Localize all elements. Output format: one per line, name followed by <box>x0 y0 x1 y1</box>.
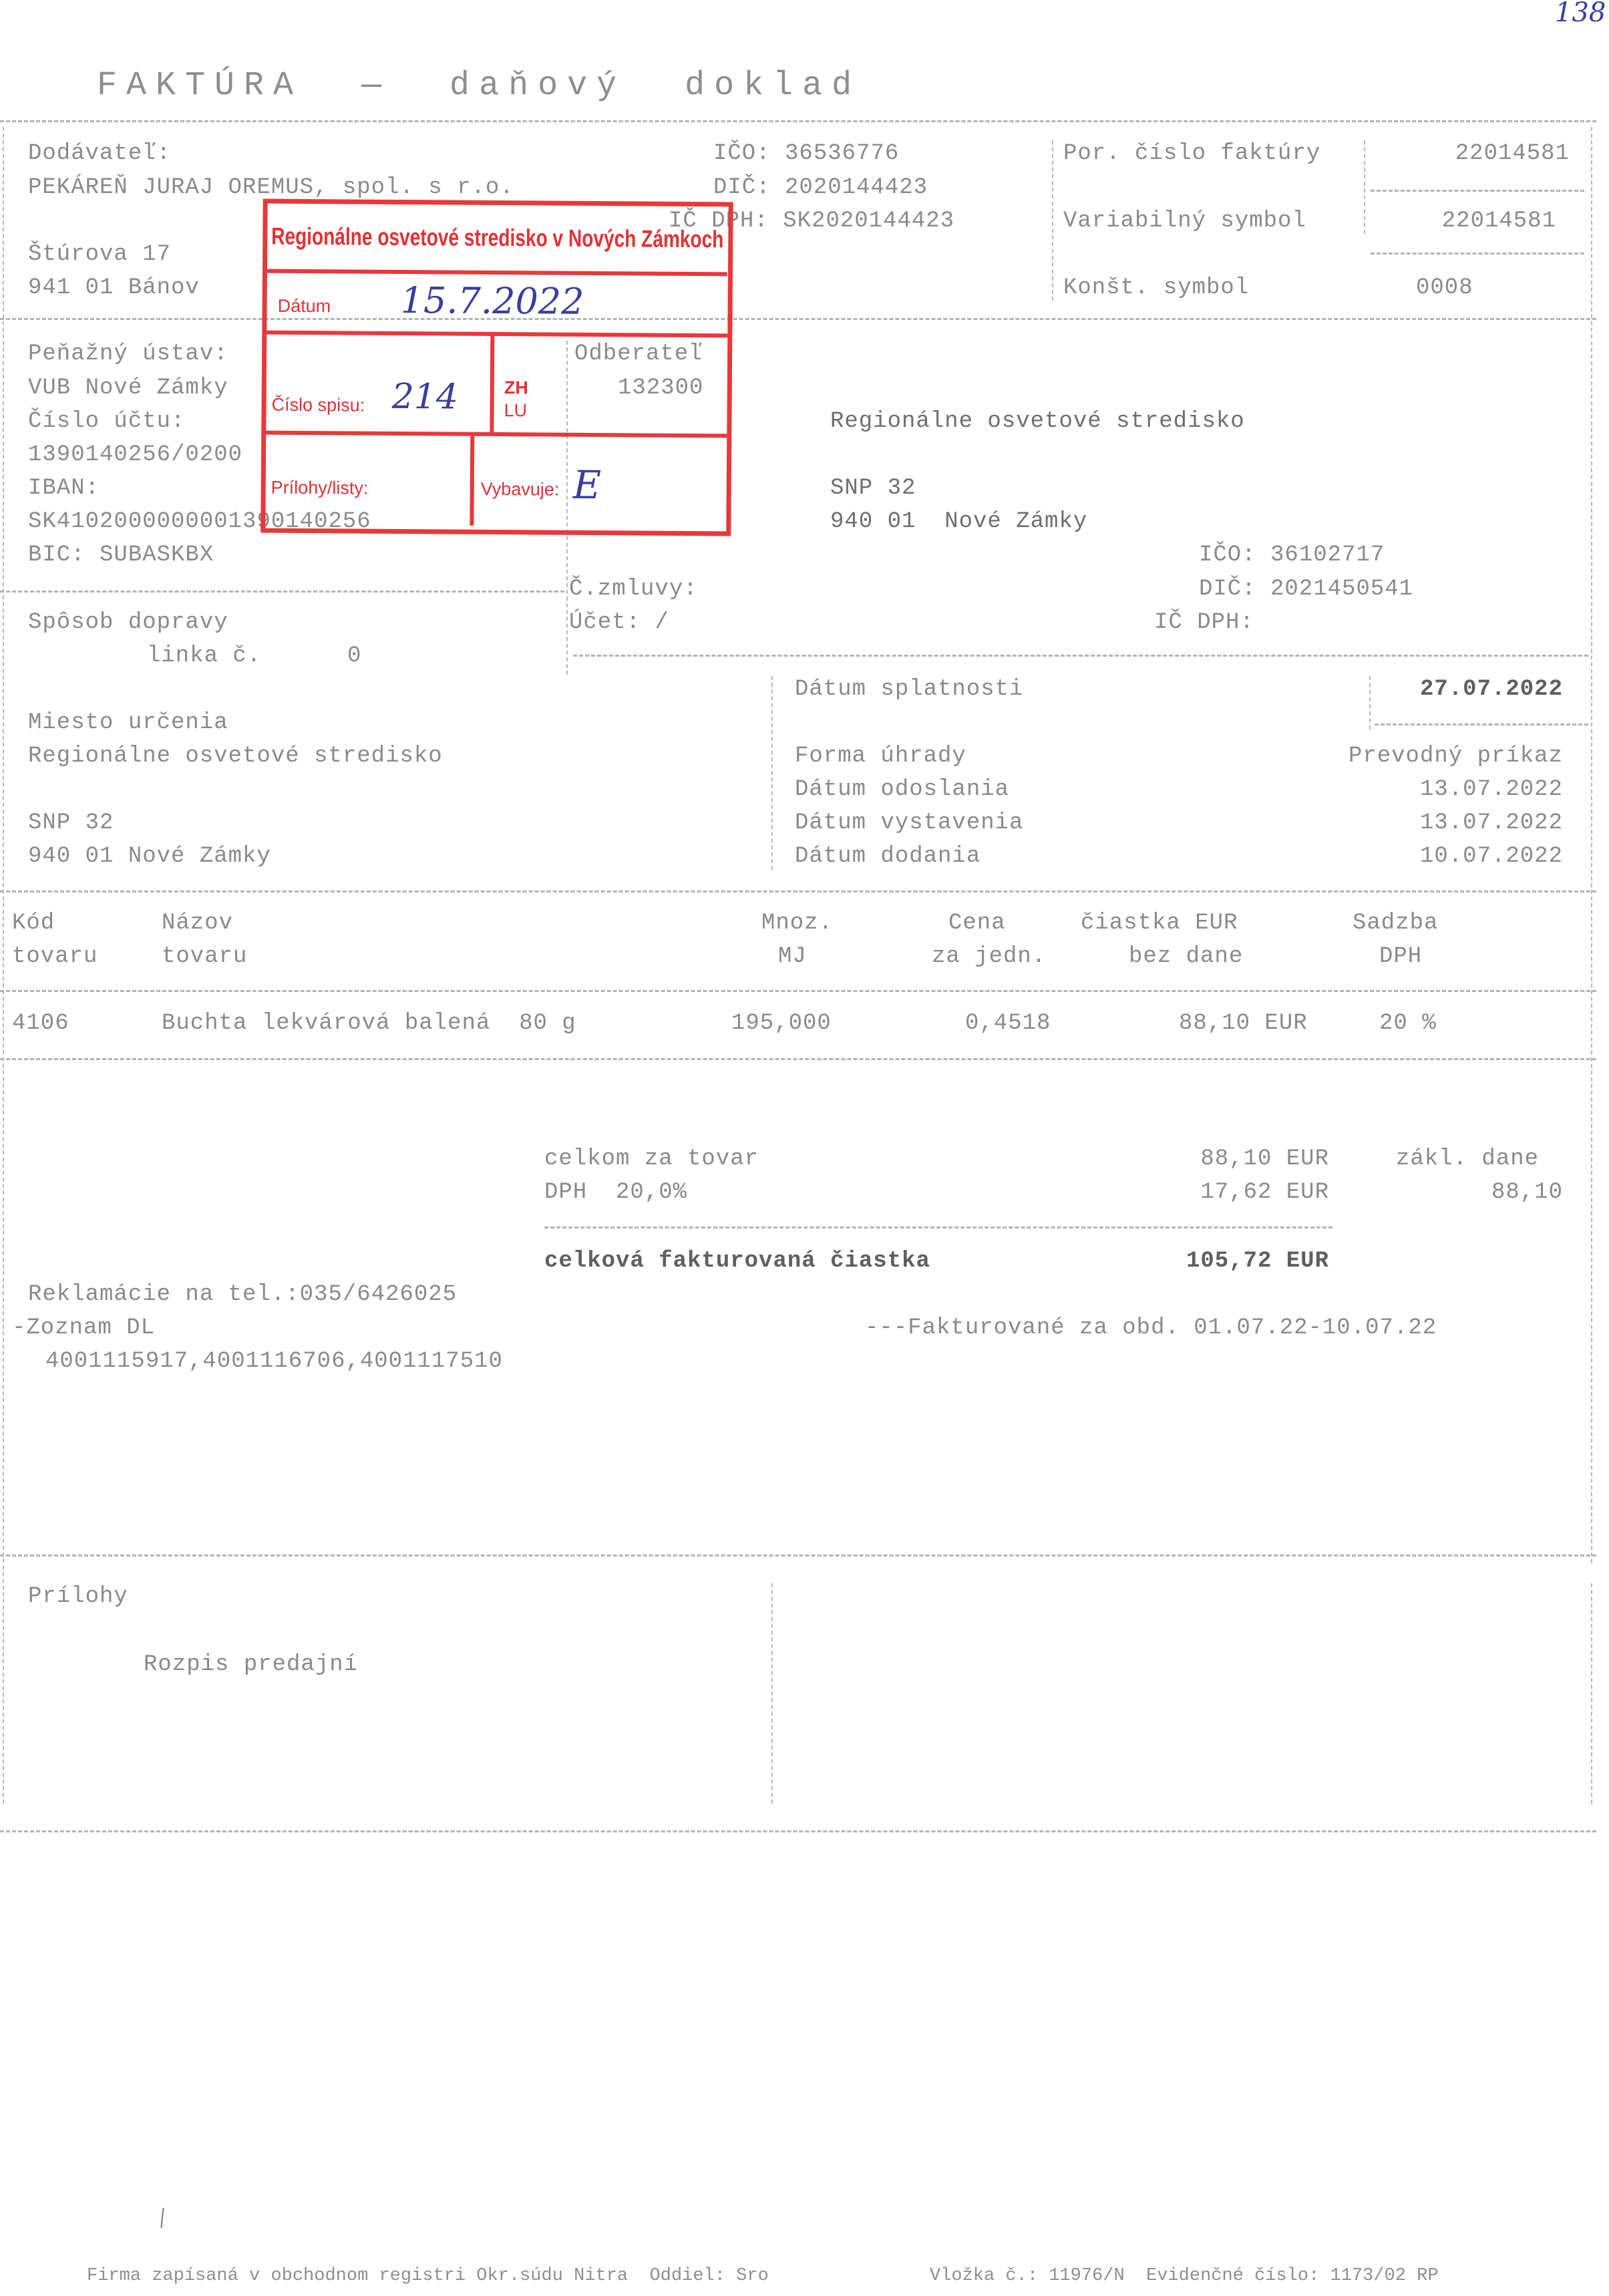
delivery-note-numbers: 4001115917,4001116706,4001117510 <box>45 1348 503 1375</box>
konst-value: 0008 <box>1416 275 1473 301</box>
delivery-date-label: Dátum dodania <box>795 843 980 870</box>
stamp-date-value: 15.7.2022 <box>400 279 584 323</box>
destination-name: Regionálne osvetové stredisko <box>28 743 443 770</box>
stamp-file-row: Číslo spisu: 214 ZH LU <box>266 335 727 438</box>
divider <box>1375 723 1588 725</box>
customer-icdph-label: IČ DPH: <box>1154 610 1254 635</box>
col-header-amount: čiastka EUR <box>1081 910 1238 937</box>
customer-ico-label: IČO: <box>1199 542 1256 568</box>
send-date-label: Dátum odoslania <box>795 776 1009 803</box>
bank-account-label: Číslo účtu: <box>28 408 185 435</box>
payment-form-value: Prevodný príkaz <box>1202 743 1563 770</box>
customer-dic-label: DIČ: <box>1199 577 1256 602</box>
stamp-bottom-row: Prílohy/listy: Vybavuje: E <box>265 435 727 528</box>
stamp-zh-label: ZH <box>504 377 528 398</box>
vat-label: DPH 20,0% <box>544 1179 687 1206</box>
billing-period: ---Fakturované za obd. 01.07.22-10.07.22 <box>865 1315 1437 1341</box>
divider <box>1371 190 1584 192</box>
col-header-code: Kód <box>12 910 55 937</box>
issue-date-value: 13.07.2022 <box>1202 810 1563 836</box>
col-header-code-2: tovaru <box>12 943 98 970</box>
por-cislo-label: Por. číslo faktúry <box>1063 140 1320 167</box>
divider <box>544 1226 1332 1228</box>
grand-total-value: 105,72 EUR <box>1069 1248 1329 1275</box>
supplier-ico-label: IČO: <box>713 141 771 166</box>
attachments-label: Prílohy <box>28 1583 128 1610</box>
divider <box>1371 253 1584 255</box>
stamp-handled-by-label: Vybavuje: <box>481 479 560 500</box>
dates-mid-border <box>1369 676 1371 729</box>
stamp-date-row: Dátum 15.7.2022 <box>266 273 728 338</box>
divider <box>0 890 1596 892</box>
delivery-notes-label: -Zoznam DL <box>12 1315 155 1341</box>
frame-left <box>3 127 4 1804</box>
col-header-qty: Mnoz. <box>761 910 833 937</box>
col-header-price: Cena <box>948 910 1006 937</box>
divider <box>573 655 1588 657</box>
stamp-file-number-value: 214 <box>391 377 458 418</box>
divider <box>0 1058 1596 1060</box>
row-amount: 88,10 EUR <box>1179 1010 1308 1037</box>
customer-street: SNP 32 <box>830 475 916 502</box>
delivery-date-value: 10.07.2022 <box>1202 843 1563 870</box>
row-qty: 195,000 <box>731 1010 832 1037</box>
attachments-right-border <box>1591 1583 1592 1804</box>
footer-insert-number: Vložka č.: 11976/N Evidenčné číslo: 1173… <box>930 2266 1439 2286</box>
row-name: Buchta lekvárová balená 80 g <box>162 1010 576 1037</box>
stamp-date-label: Dátum <box>278 296 331 317</box>
row-vat-rate: 20 % <box>1379 1010 1437 1037</box>
col-header-vat-2: DPH <box>1379 943 1422 970</box>
stamp-file-number-label: Číslo spisu: <box>271 395 365 416</box>
send-date-value: 13.07.2022 <box>1202 776 1563 803</box>
payment-form-label: Forma úhrady <box>795 743 966 770</box>
stamp-divider <box>470 436 474 526</box>
customer-city: 940 01 Nové Zámky <box>830 508 1087 535</box>
destination-street: SNP 32 <box>28 810 114 836</box>
ids-mid-border <box>1364 140 1365 234</box>
konst-label: Konšt. symbol <box>1063 275 1249 301</box>
registry-stamp: Regionálne osvetové stredisko v Nových Z… <box>260 199 733 536</box>
stamp-lu-label: LU <box>504 400 527 421</box>
divider <box>0 990 1596 992</box>
divider <box>0 318 1596 320</box>
attachment-item: Rozpis predajní <box>144 1651 358 1678</box>
pen-mark <box>160 2208 164 2228</box>
divider <box>0 1554 1596 1556</box>
destination-city: 940 01 Nové Zámky <box>28 843 271 870</box>
supplier-street: Štúrova 17 <box>28 241 171 268</box>
stamp-divider <box>490 336 494 432</box>
customer-ico: 36102717 <box>1270 542 1385 568</box>
frame-right <box>1591 127 1592 1563</box>
customer-dic: 2021450541 <box>1270 577 1413 602</box>
bank-institution-label: Peňažný ústav: <box>28 341 228 367</box>
variabilny-label: Variabilný symbol <box>1063 208 1306 234</box>
col-header-amount-2: bez dane <box>1129 943 1243 970</box>
goods-total-value: 88,10 EUR <box>1069 1146 1329 1172</box>
supplier-city: 941 01 Bánov <box>28 275 200 301</box>
divider <box>0 1830 1596 1832</box>
goods-total-label: celkom za tovar <box>544 1146 759 1172</box>
document-title: FAKTÚRA — daňový doklad <box>97 67 861 105</box>
vat-value: 17,62 EUR <box>1069 1179 1329 1206</box>
variabilny-value: 22014581 <box>1376 208 1556 234</box>
stamp-attachments-label: Prílohy/listy: <box>271 478 369 499</box>
divider <box>0 120 1596 122</box>
bank-iban-label: IBAN: <box>28 475 100 502</box>
stamp-title: Regionálne osvetové stredisko v Nových Z… <box>267 204 728 277</box>
col-header-name-2: tovaru <box>162 943 247 970</box>
transport-linka-label: linka č. <box>147 643 261 669</box>
supplier-ico: 36536776 <box>785 141 899 166</box>
tax-base-value: 88,10 <box>1403 1179 1563 1206</box>
grand-total-label: celková fakturovaná čiastka <box>544 1248 930 1275</box>
col-header-price-2: za jedn. <box>932 943 1046 970</box>
stamp-handled-by-value: E <box>573 462 602 508</box>
supplier-icdph: SK2020144423 <box>783 208 954 234</box>
supplier-name: PEKÁREŇ JURAJ OREMUS, spol. s r.o. <box>28 174 514 201</box>
issue-date-label: Dátum vystavenia <box>795 810 1023 836</box>
bank-institution: VUB Nové Zámky <box>28 375 228 401</box>
destination-label: Miesto určenia <box>28 709 228 736</box>
customer-name: Regionálne osvetové stredisko <box>830 408 1245 435</box>
col-header-name: Názov <box>162 910 233 937</box>
row-code: 4106 <box>12 1010 69 1037</box>
account-label: Účet: / <box>569 609 669 636</box>
supplier-dic: 2020144423 <box>785 175 928 200</box>
divider <box>0 591 564 593</box>
bank-bic: BIC: SUBASKBX <box>28 542 214 568</box>
due-date-value: 27.07.2022 <box>1376 676 1563 703</box>
col-header-qty-2: MJ <box>778 943 807 970</box>
bank-account: 1390140256/0200 <box>28 442 242 468</box>
attachments-mid-border <box>771 1583 773 1804</box>
transport-linka-value: 0 <box>347 643 361 669</box>
handwritten-page-number: 138 <box>1555 0 1606 28</box>
dates-left-border <box>771 676 773 870</box>
ids-left-border <box>1052 140 1053 301</box>
por-cislo-value: 22014581 <box>1376 140 1570 167</box>
complaints-phone: Reklamácie na tel.:035/6426025 <box>28 1281 457 1308</box>
due-date-label: Dátum splatnosti <box>795 676 1023 703</box>
footer-registry: Firma zapísaná v obchodnom registri Okr.… <box>87 2266 769 2286</box>
transport-label: Spôsob dopravy <box>28 609 228 636</box>
tax-base-label: zákl. dane <box>1396 1146 1539 1172</box>
col-header-vat: Sadzba <box>1353 910 1438 937</box>
row-unit-price: 0,4518 <box>965 1010 1051 1037</box>
contract-label: Č.zmluvy: <box>569 576 698 603</box>
supplier-dic-label: DIČ: <box>713 175 771 200</box>
supplier-label: Dodávateľ: <box>28 140 171 167</box>
